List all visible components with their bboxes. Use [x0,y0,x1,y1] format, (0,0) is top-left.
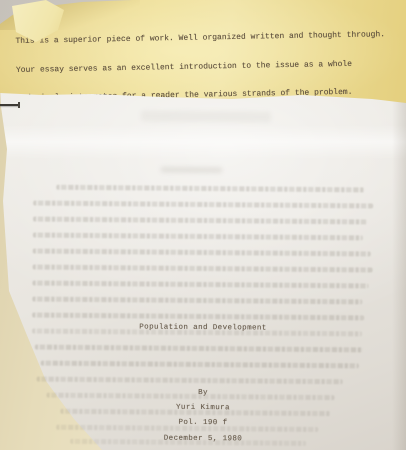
faint-typed-line [33,217,367,225]
comment-line: This is a superior piece of work. Well o… [15,30,403,47]
faint-typed-line [33,201,373,209]
faint-typed-line [33,265,373,273]
faint-typed-line [37,377,343,385]
document-photo: Population and Development By Yuri Kimur… [0,0,406,450]
faint-title-smudge [141,110,271,122]
comment-line: Your essay serves as an excellent introd… [16,58,404,75]
faint-typed-line [41,361,359,369]
faint-typed-line [56,185,364,193]
staple-mark [0,104,19,106]
faint-typed-line [33,249,371,257]
faint-typed-line [32,313,364,321]
faint-typed-line [35,345,363,353]
faint-typed-line [32,297,362,305]
faint-typed-line [32,281,368,289]
faint-heading-smudge [160,167,222,174]
faint-typed-line [33,233,363,241]
